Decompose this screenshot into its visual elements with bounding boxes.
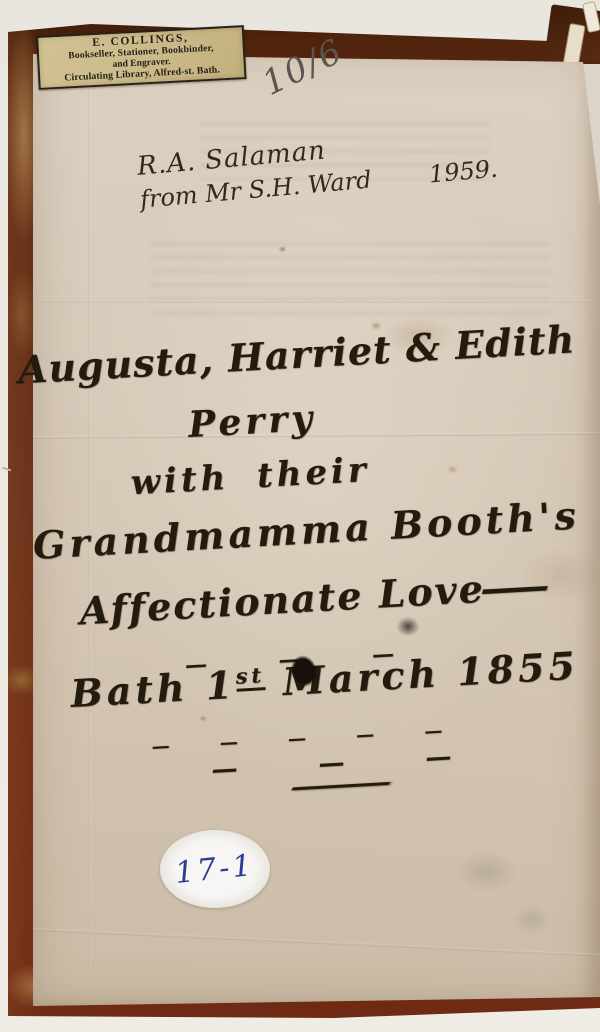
dedication-surname: Perry [187, 397, 317, 446]
date-day: 1 [204, 662, 237, 709]
dedication-inscription: Augusta, Harriet & Edith Perry with thei… [7, 311, 592, 812]
page-crease [33, 300, 598, 303]
flourish-dash: — [477, 562, 555, 611]
text-showthrough [150, 242, 550, 326]
ink-smudge [392, 613, 424, 640]
bookseller-address: Circulating Library, Alfred-st. Bath. [64, 65, 220, 84]
dedication-love-text: Affectionate Love [78, 566, 486, 634]
book-photo: E. COLLINGS, Bookseller, Stationer, Book… [0, 0, 600, 1032]
dedication-affectionate-love: Affectionate Love— [78, 564, 526, 634]
bookseller-label: E. COLLINGS, Bookseller, Stationer, Book… [36, 25, 247, 90]
flourish-row-3: — [285, 767, 396, 803]
date-ordinal: st [235, 662, 266, 692]
gift-year: 1959. [428, 155, 499, 189]
shelf-number: 17-1 [174, 847, 257, 890]
date-place: Bath [69, 664, 206, 716]
shelf-sticker: 17-1 [160, 830, 270, 908]
dedication-with-their: with their [130, 450, 371, 503]
dedication-grandmamma: Grandmamma Booth's [32, 492, 581, 567]
